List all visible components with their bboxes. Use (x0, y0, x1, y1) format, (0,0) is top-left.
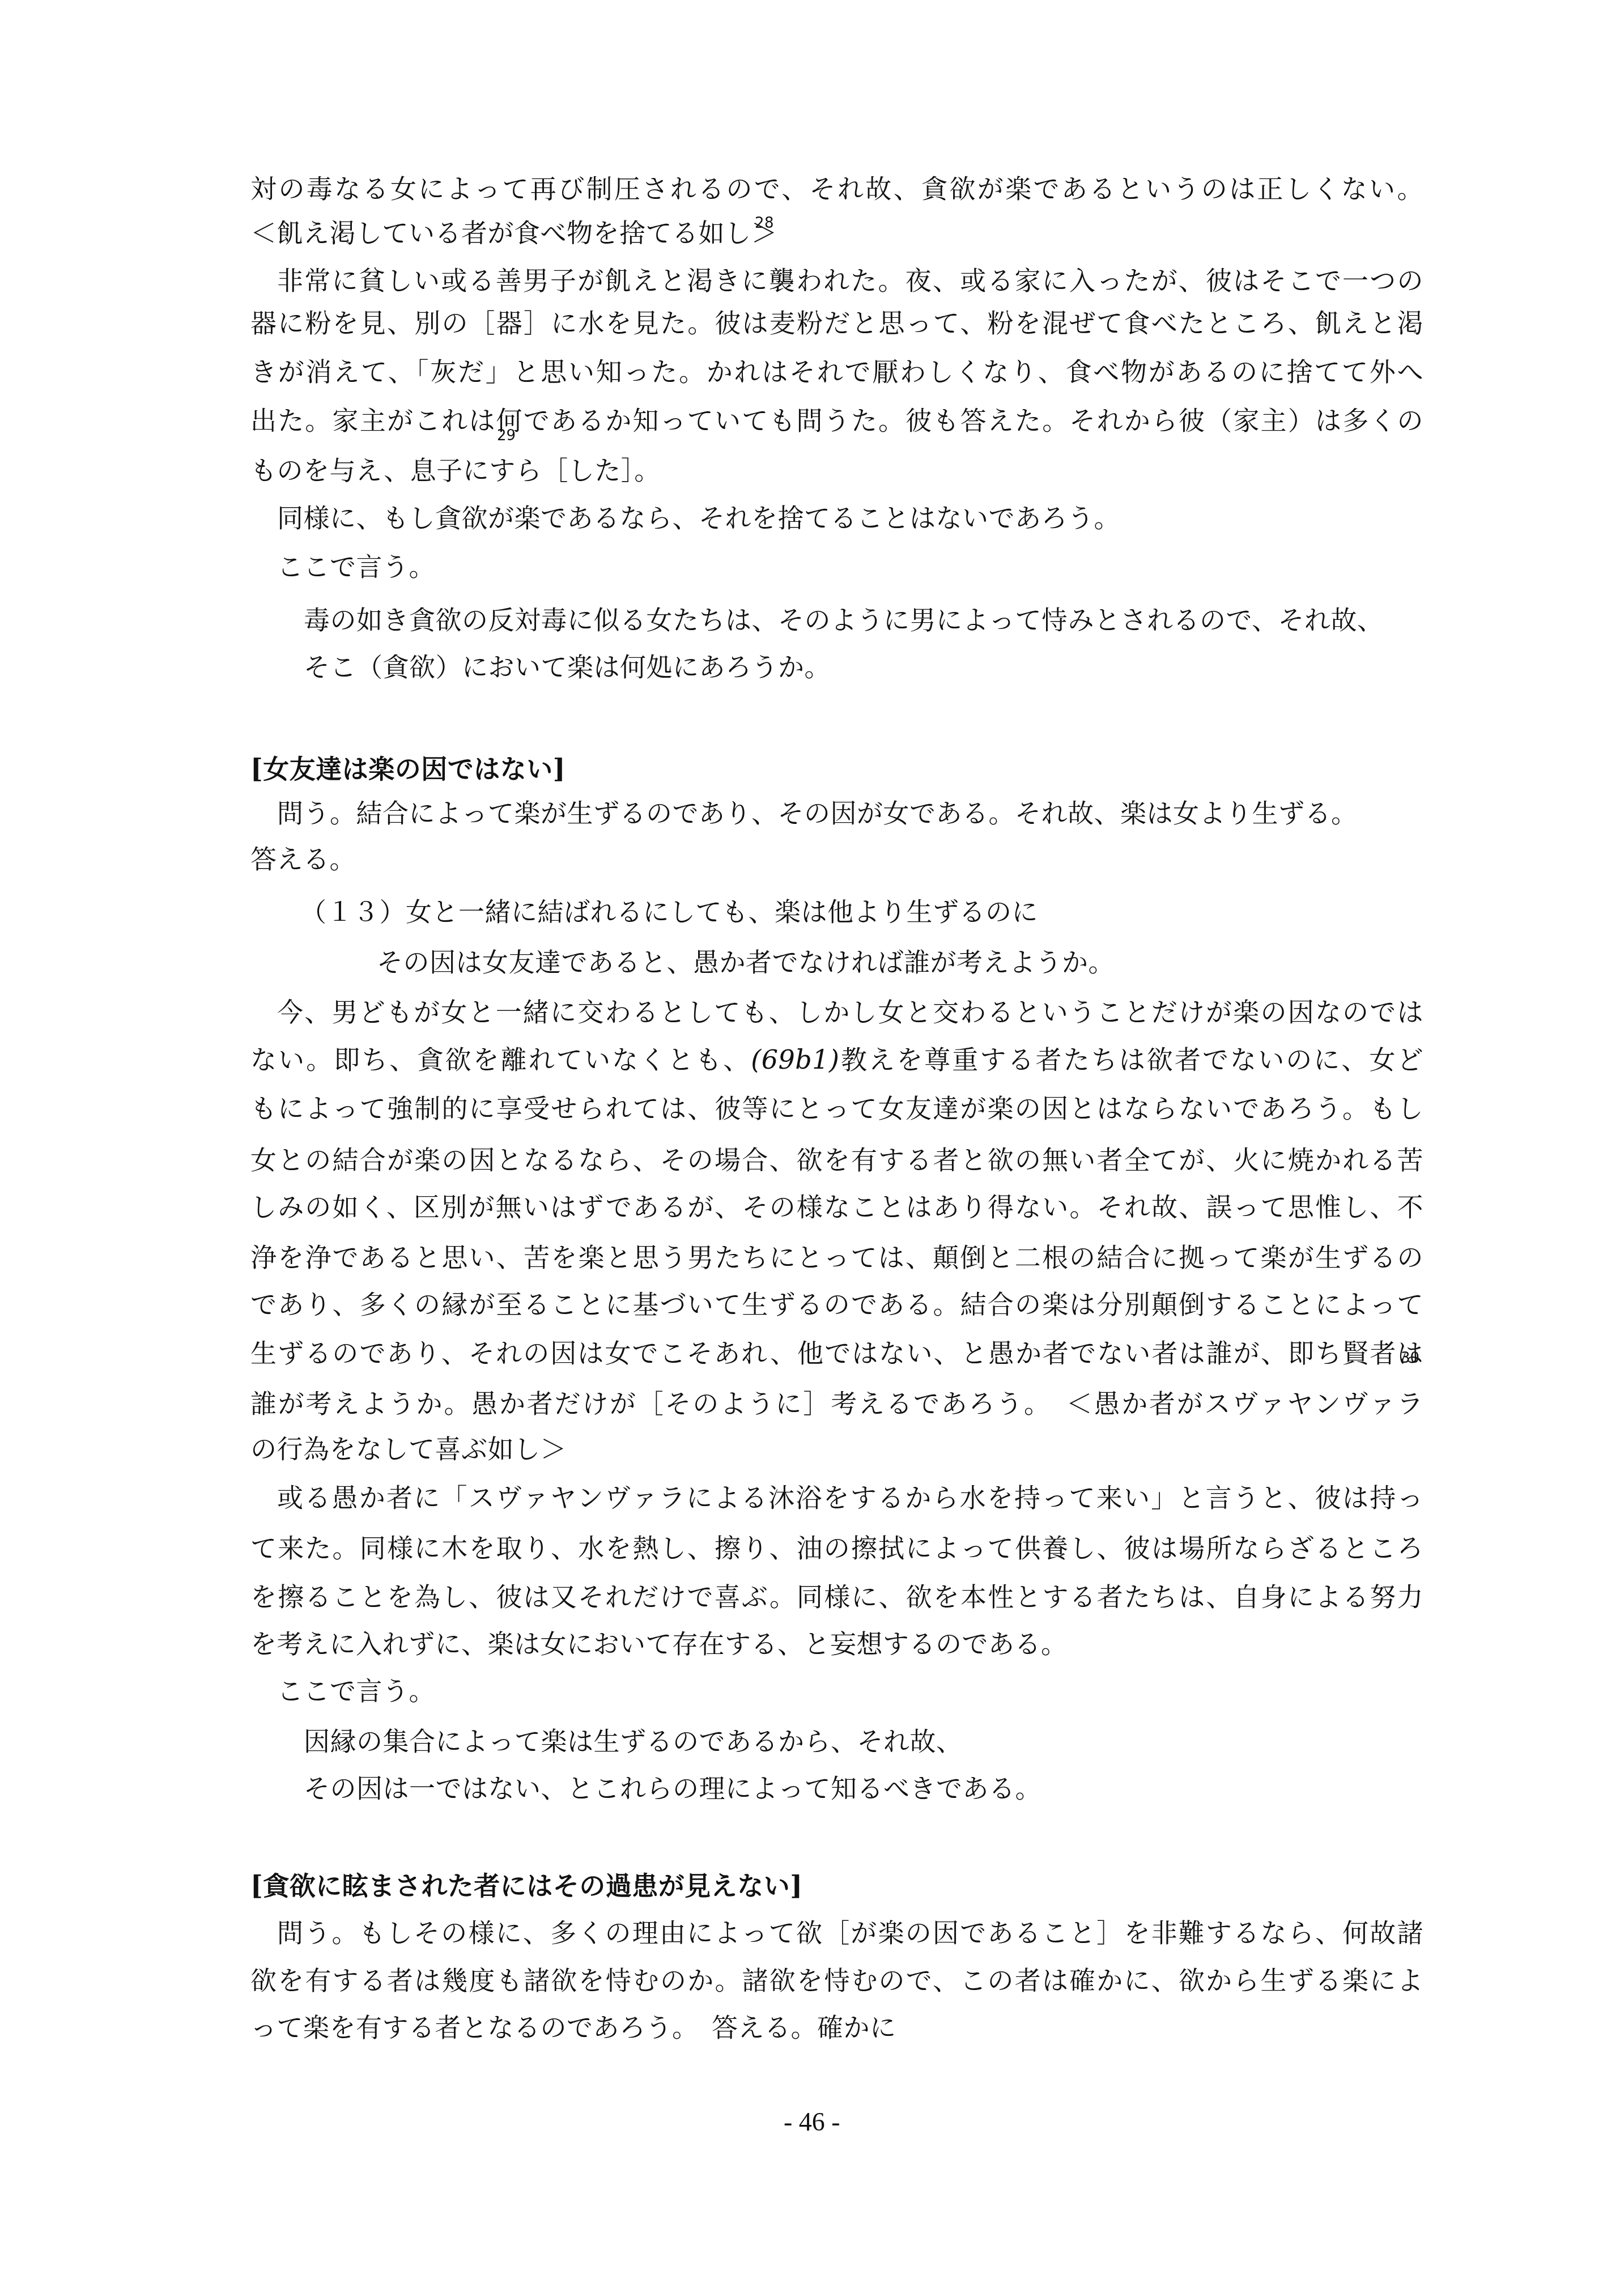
document-page: 対の毒なる女によって再び制圧されるので、それ故、貪欲が楽であるというのは正しくな… (0, 0, 1624, 2296)
verse-line: その因は一ではない、とこれらの理によって知るべきである。 (304, 1771, 1477, 1805)
text-line: ここで言う。 (277, 550, 1450, 584)
text-line: 非常に貧しい或る善男子が飢えと渇きに襲われた。夜、或る家に入ったが、彼はそこで一… (277, 263, 1423, 297)
text-line: 浄を浄であると思い、苦を楽と思う男たちにとっては、顛倒と二根の結合に拠って楽が生… (250, 1240, 1423, 1274)
text-line: 女との結合が楽の因となるなら、その場合、欲を有する者と欲の無い者全てが、火に焼か… (250, 1143, 1423, 1177)
text-line: 生ずるのであり、それの因は女でこそあれ、他ではない、と愚か者でない者は誰が、即ち… (250, 1336, 1423, 1370)
page-number: - 46 - (784, 2105, 840, 2139)
text-line: 器に粉を見、別の［器］に水を見た。彼は麦粉だと思って、粉を混ぜて食べたところ、飢… (250, 306, 1423, 340)
text-line: ない。即ち、貪欲を離れていなくとも、(69b1)教えを尊重する者たちは欲者でない… (250, 1043, 1423, 1077)
text-line: て来た。同様に木を取り、水を熱し、擦り、油の擦拭によって供養し、彼は場所ならざる… (250, 1531, 1423, 1565)
text-line: 欲を有する者は幾度も諸欲を恃むのか。諸欲を恃むので、この者は確かに、欲から生ずる… (250, 1963, 1423, 1997)
verse-line: 毒の如き貪欲の反対毒に似る女たちは、そのように男によって恃みとされるので、それ故… (304, 603, 1477, 637)
story-title: ＜飢え渇している者が食べ物を捨てる如し＞ (250, 218, 777, 248)
text-line: もによって強制的に享受せられては、彼等にとって女友達が楽の因とはならないであろう… (250, 1091, 1423, 1125)
story-title-line: の行為をなして喜ぶ如し＞ (250, 1432, 1423, 1466)
verse-line: （１３）女と一緒に結ばれるにしても、楽は他より生ずるのに (300, 895, 1473, 929)
text-line: 同様に、もし貪欲が楽であるなら、それを捨てることはないであろう。 (277, 501, 1450, 535)
text-line: しみの如く、区別が無いはずであるが、その様なことはあり得ない。それ故、誤って思惟… (250, 1190, 1423, 1224)
text-span: ない。即ち、貪欲を離れていなくとも、 (250, 1044, 751, 1075)
text-line: 問う。結合によって楽が生ずるのであり、その因が女である。それ故、楽は女より生ずる… (277, 796, 1450, 830)
story-title-line: ＜飢え渇している者が食べ物を捨てる如し＞28 (250, 216, 1423, 250)
text-line: って楽を有する者となるのであろう。 答える。確かに (250, 2010, 1423, 2044)
text-line: 或る愚か者に「スヴァヤンヴァラによる沐浴をするから水を持って来い」と言うと、彼は… (277, 1481, 1423, 1515)
text-span: ものを与え、息子にすら［した］。 (250, 455, 661, 486)
text-line: 誰が考えようか。愚か者だけが［そのように］考えるであろう。 ＜愚か者がスヴァヤン… (250, 1387, 1423, 1421)
text-line: を擦ることを為し、彼は又それだけで喜ぶ。同様に、欲を本性とする者たちは、自身によ… (250, 1580, 1423, 1614)
text-line: ここで言う。 (277, 1674, 1450, 1708)
text-line: 答える。 (250, 842, 1423, 876)
verse-line: その因は女友達であると、愚か者でなければ誰が考えようか。 (377, 945, 1550, 979)
section-heading: [女友達は楽の因ではない] (250, 752, 1423, 786)
text-line: ものを与え、息子にすら［した］。 (250, 453, 1423, 487)
verse-line: そこ（貪欲）において楽は何処にあろうか。 (304, 650, 1477, 684)
text-line: きが消えて、「灰だ」と思い知った。かれはそれで厭わしくなり、食べ物があるのに捨て… (250, 355, 1423, 389)
reference-marker: (69b1) (751, 1044, 839, 1075)
text-line: 問う。もしその様に、多くの理由によって欲［が楽の因であること］を非難するなら、何… (277, 1916, 1423, 1950)
verse-line: 因縁の集合によって楽は生ずるのであるから、それ故、 (304, 1724, 1477, 1758)
text-span: 教えを尊重する者たちは欲者でないのに、女ど (839, 1044, 1423, 1075)
text-line: 今、男どもが女と一緒に交わるとしても、しかし女と交わるということだけが楽の因なの… (277, 995, 1423, 1029)
text-line: 出た。家主がこれは何であるか知っていても問うた。彼も答えた。それから彼（家主）は… (250, 403, 1423, 437)
text-line: 対の毒なる女によって再び制圧されるので、それ故、貪欲が楽であるというのは正しくな… (250, 172, 1423, 206)
text-line: を考えに入れずに、楽は女において存在する、と妄想するのである。 (250, 1627, 1423, 1661)
section-heading: [貪欲に眩まされた者にはその過患が見えない] (250, 1869, 1423, 1903)
text-line: であり、多くの縁が至ることに基づいて生ずるのである。結合の楽は分別顛倒することに… (250, 1287, 1423, 1321)
